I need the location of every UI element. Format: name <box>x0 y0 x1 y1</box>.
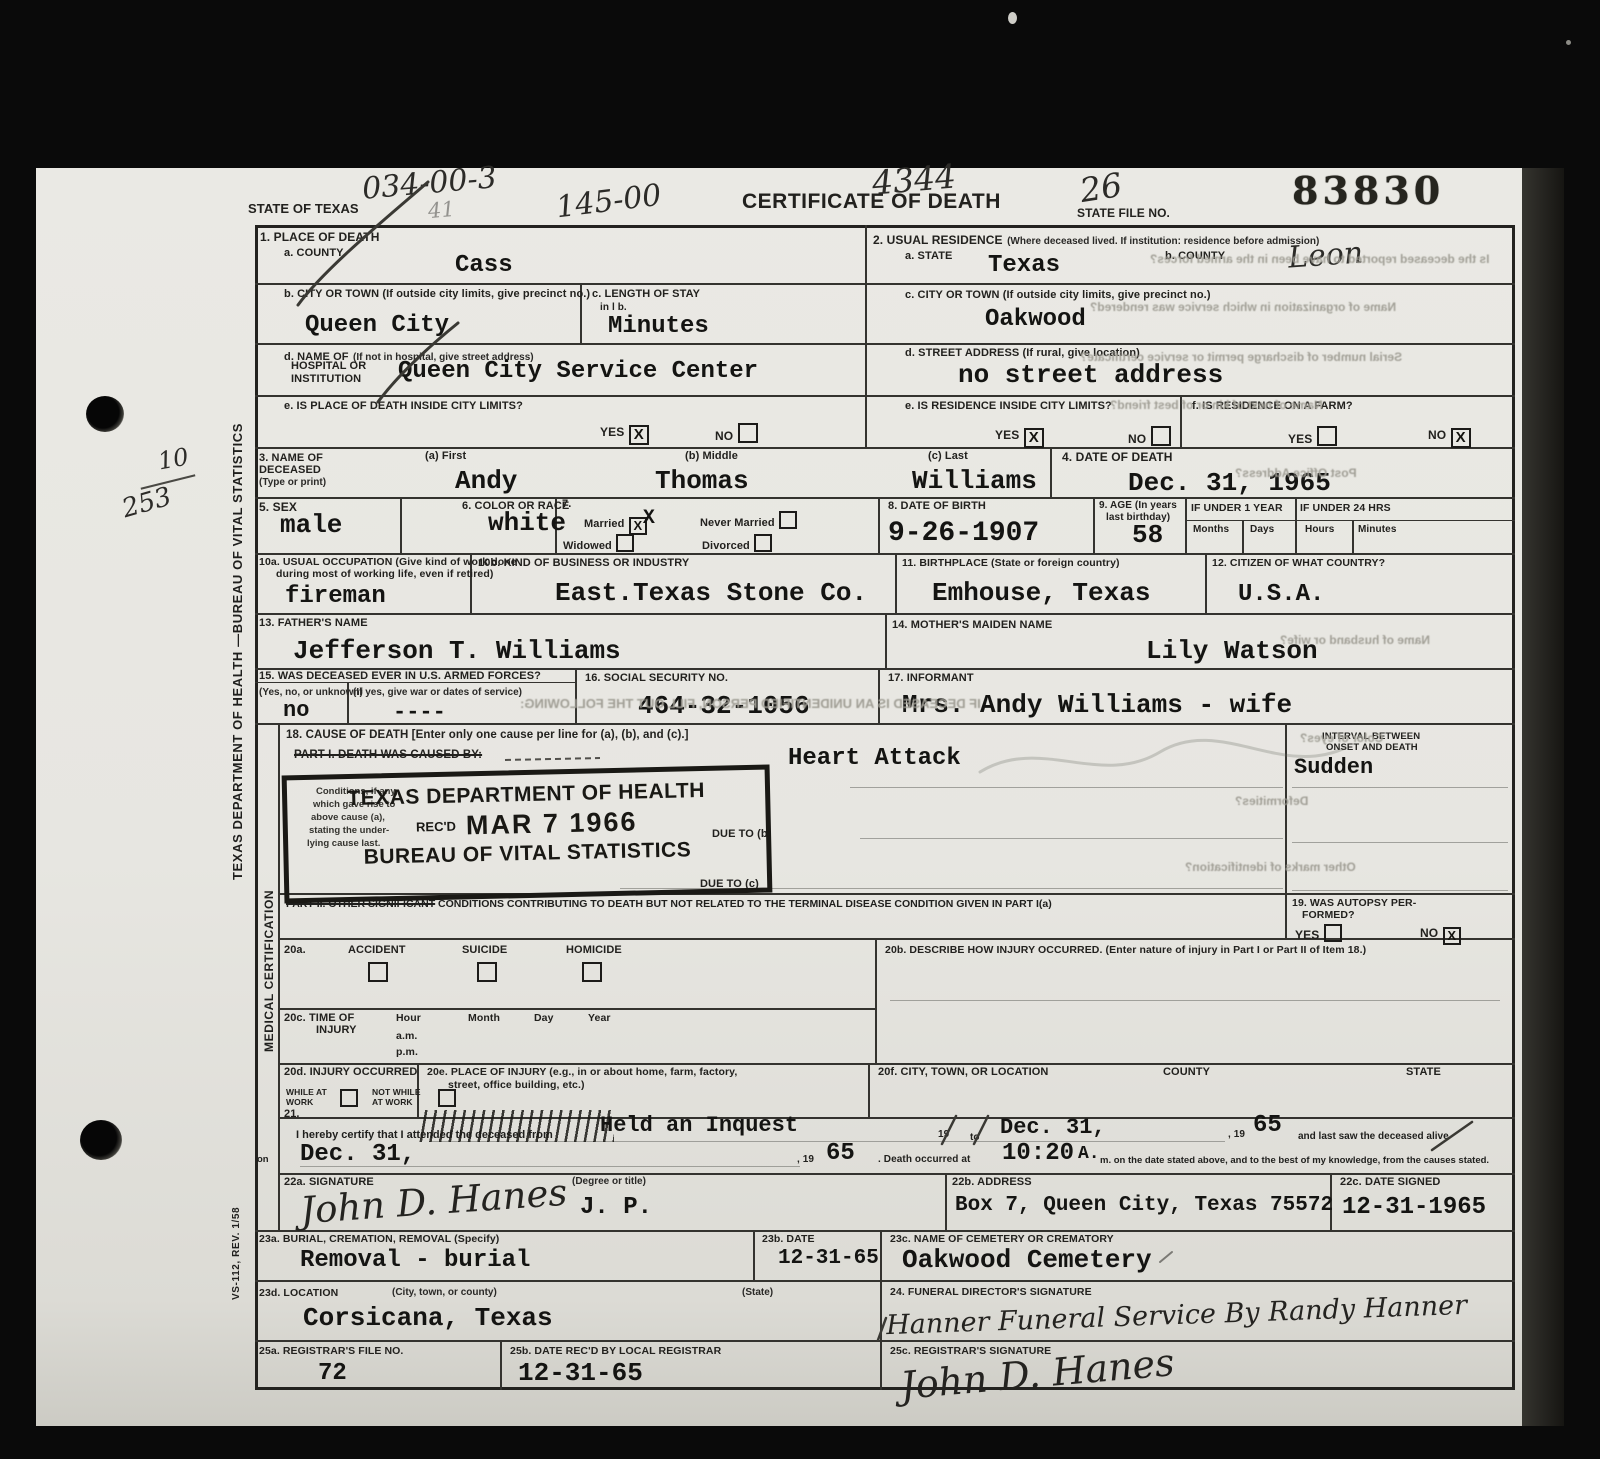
am-pm-value: A. <box>1078 1144 1100 1164</box>
date-signed-value: 12-31-1965 <box>1342 1194 1486 1221</box>
date-of-birth-value: 9-26-1907 <box>888 518 1039 549</box>
paper-edge-shadow <box>1522 168 1564 1426</box>
widowed-label: Widowed <box>563 540 612 552</box>
occupation-value: fireman <box>285 583 386 610</box>
describe-injury-label: 20b. DESCRIBE HOW INJURY OCCURRED. (Ente… <box>885 944 1366 956</box>
last-name-label: (c) Last <box>928 450 968 462</box>
citizen-value: U.S.A. <box>1238 581 1324 608</box>
place-of-injury-label-1: 20e. PLACE OF INJURY (e.g., in or about … <box>427 1066 737 1078</box>
death-city-limits-yes-checkbox: X <box>629 425 649 445</box>
city-or-town-label: b. CITY OR TOWN (If outside city limits,… <box>284 288 590 300</box>
months-label: Months <box>1193 524 1229 535</box>
funeral-director-label: 24. FUNERAL DIRECTOR'S SIGNATURE <box>890 1286 1092 1298</box>
burial-removal-label: 23a. BURIAL, CREMATION, REMOVAL (Specify… <box>259 1233 499 1245</box>
accident-checkbox <box>368 962 388 982</box>
certify-tail-2: m. on the date stated above, and to the … <box>1100 1155 1489 1166</box>
business-industry-label: 10b. KIND OF BUSINESS OR INDUSTRY <box>478 557 689 569</box>
item-21-label: 21. <box>284 1108 300 1120</box>
burial-date-value: 12-31-65 <box>778 1247 879 1270</box>
last-name-value: Williams <box>912 466 1037 496</box>
birthplace-value: Emhouse, Texas <box>932 578 1150 608</box>
divorced-checkbox <box>754 534 772 552</box>
county-value: Cass <box>455 252 513 279</box>
held-an-inquest-value: Held an Inquest <box>600 1113 798 1138</box>
if-under-24-hrs-label: IF UNDER 24 HRS <box>1300 502 1391 514</box>
burial-location-hint-1: (City, town, or county) <box>392 1287 497 1298</box>
interval-value: Sudden <box>1294 755 1373 780</box>
while-at-work-label-2: WORK <box>286 1097 313 1107</box>
armed-forces-service-value: ---- <box>393 700 446 725</box>
ghost-text: Name of organization in which service wa… <box>1090 300 1396 314</box>
month-label: Month <box>468 1012 500 1024</box>
social-security-label: 16. SOCIAL SECURITY NO. <box>585 672 728 684</box>
suicide-checkbox <box>477 962 497 982</box>
cemetery-label: 23c. NAME OF CEMETERY OR CREMATORY <box>890 1233 1114 1245</box>
homicide-checkbox <box>582 962 602 982</box>
certify-date-2: Dec. 31, <box>300 1141 415 1168</box>
minutes-label: Minutes <box>1358 524 1396 535</box>
ghost-text: Deformities? <box>1235 794 1308 808</box>
registrar-file-no-label: 25a. REGISTRAR'S FILE NO. <box>259 1345 403 1357</box>
not-while-at-work-checkbox <box>438 1089 456 1107</box>
certify-date-1: Dec. 31, <box>1000 1115 1106 1140</box>
residence-farm-no-checkbox: X <box>1451 428 1471 448</box>
fathers-name-value: Jefferson T. Williams <box>293 636 621 666</box>
age-value: 58 <box>1132 520 1163 550</box>
hatch-strikeout <box>418 1110 614 1142</box>
injury-county-label: COUNTY <box>1163 1066 1210 1078</box>
residence-city-value: Oakwood <box>985 306 1086 333</box>
injury-state-label: STATE <box>1406 1066 1441 1078</box>
never-married-label: Never Married <box>700 517 775 529</box>
punch-hole-top <box>86 396 124 432</box>
residence-city-limits-yes-label: YES <box>995 428 1019 442</box>
age-label-1: 9. AGE (In years <box>1099 500 1177 511</box>
date-recd-value: 12-31-65 <box>518 1358 643 1388</box>
certify-alive-struck: alive <box>1426 1131 1448 1142</box>
while-at-work-label-1: WHILE AT <box>286 1087 327 1097</box>
death-occurred-at-label: . Death occurred at <box>878 1154 970 1165</box>
ghost-text: Name of husband or wife? <box>1280 633 1430 647</box>
not-while-at-work-label-2: AT WORK <box>372 1097 413 1107</box>
suicide-label: SUICIDE <box>462 944 507 956</box>
hour-label: Hour <box>396 1012 421 1024</box>
paper-speck <box>1566 40 1571 45</box>
if-under-1-year-label: IF UNDER 1 YEAR <box>1191 502 1283 514</box>
handwritten-code-3: 4344 <box>870 156 957 202</box>
never-married-checkbox <box>779 511 797 529</box>
armed-forces-value: no <box>283 698 309 723</box>
autopsy-label-2: FORMED? <box>1302 909 1355 921</box>
residence-city-limits-no-label: NO <box>1128 432 1146 446</box>
residence-farm-no-label: NO <box>1428 428 1446 442</box>
time-of-injury-label-2: INJURY <box>316 1024 357 1036</box>
residence-farm-yes-label: YES <box>1288 432 1312 446</box>
length-of-stay-sub: in l b. <box>600 302 627 313</box>
certifier-address-value: Box 7, Queen City, Texas 75572 <box>955 1194 1333 1217</box>
ghost-text: Is the deceased reported to have been in… <box>1150 252 1489 266</box>
length-of-stay-label: c. LENGTH OF STAY <box>592 288 700 300</box>
sex-value: male <box>280 510 342 540</box>
ghost-text: Color of eyes? <box>1300 731 1383 745</box>
middle-name-value: Thomas <box>655 466 749 496</box>
certify-on-label: on <box>257 1154 269 1165</box>
certify-year-1: 65 <box>1253 1112 1282 1139</box>
burial-removal-value: Removal - burial <box>300 1247 530 1274</box>
birthplace-label: 11. BIRTHPLACE (State or foreign country… <box>902 557 1120 569</box>
date-of-birth-label: 8. DATE OF BIRTH <box>888 500 986 512</box>
marital-status-label: 7. <box>562 498 571 510</box>
bureau-received-stamp: TEXAS DEPARTMENT OF HEALTH REC'D MAR 7 1… <box>282 764 773 903</box>
punch-hole-bottom <box>80 1120 122 1160</box>
degree-or-title-label: (Degree or title) <box>572 1176 646 1187</box>
burial-date-label: 23b. DATE <box>762 1233 815 1245</box>
fathers-name-label: 13. FATHER'S NAME <box>259 617 368 629</box>
stamp-date: MAR 7 1966 <box>466 806 638 841</box>
name-of-deceased-label-1: 3. NAME OF <box>259 452 323 464</box>
certify-19-template-c: , 19 <box>797 1154 814 1165</box>
while-at-work-checkbox <box>340 1089 358 1107</box>
length-of-stay-value: Minutes <box>608 313 709 340</box>
injury-city-label: 20f. CITY, TOWN, OR LOCATION <box>878 1066 1048 1078</box>
county-label: a. COUNTY <box>284 247 344 259</box>
certify-19-template-b: , 19 <box>1228 1129 1245 1140</box>
certifier-address-label: 22b. ADDRESS <box>952 1176 1032 1188</box>
hours-label: Hours <box>1305 524 1334 535</box>
first-name-value: Andy <box>455 466 517 496</box>
residence-city-limits-yes-checkbox: X <box>1024 428 1044 448</box>
married-label: Married <box>584 518 624 530</box>
ghost-text: Serial number of discharge permit or ser… <box>1080 350 1402 364</box>
autopsy-yes-checkbox <box>1324 924 1342 942</box>
date-of-death-label: 4. DATE OF DEATH <box>1062 450 1173 464</box>
registrar-file-no-value: 72 <box>318 1360 347 1387</box>
armed-forces-label: 15. WAS DECEASED EVER IN U.S. ARMED FORC… <box>259 670 541 682</box>
stamp-recd-label: REC'D <box>416 819 456 835</box>
armed-forces-sub1: (Yes, no, or unknown) <box>259 687 363 698</box>
certify-tail-1: and last saw the deceased <box>1298 1131 1426 1142</box>
citizen-label: 12. CITIZEN OF WHAT COUNTRY? <box>1212 557 1385 569</box>
city-or-town-value: Queen City <box>305 312 449 339</box>
armed-forces-sub2: (If yes, give war or dates of service) <box>353 687 522 698</box>
handwritten-page-numerator: 10 <box>156 443 191 476</box>
married-extra-x-mark: X <box>643 507 655 530</box>
name-of-deceased-label-3: (Type or print) <box>259 477 326 488</box>
date-recd-label: 25b. DATE REC'D BY LOCAL REGISTRAR <box>510 1345 721 1357</box>
ghost-text: Other marks of identification? <box>1185 860 1356 874</box>
paper-speck <box>1008 12 1017 24</box>
usual-residence-hint: (Where deceased lived. If institution: r… <box>1007 236 1319 247</box>
death-city-limits-no-checkbox <box>738 423 758 443</box>
usual-residence-label: 2. USUAL RESIDENCE <box>873 233 1003 247</box>
residence-state-label: a. STATE <box>905 250 952 262</box>
institution-label-2: HOSPITAL OR <box>291 360 366 372</box>
certificate-title: CERTIFICATE OF DEATH <box>742 190 1001 214</box>
middle-name-label: (b) Middle <box>685 450 738 462</box>
certify-to-label: to <box>970 1132 980 1143</box>
margin-agency-vertical-label: TEXAS DEPARTMENT OF HEALTH —BUREAU OF VI… <box>230 380 245 880</box>
mothers-maiden-name-label: 14. MOTHER'S MAIDEN NAME <box>892 619 1052 631</box>
death-inside-city-limits-label: e. IS PLACE OF DEATH INSIDE CITY LIMITS? <box>284 400 523 412</box>
year-label: Year <box>588 1012 611 1024</box>
state-of-texas-label: STATE OF TEXAS <box>248 201 359 216</box>
certify-year-2: 65 <box>826 1140 855 1167</box>
time-of-death-value: 10:20 <box>1002 1140 1074 1167</box>
cause-of-death-value: Heart Attack <box>788 745 961 772</box>
burial-location-hint-2: (State) <box>742 1287 773 1298</box>
cause-of-death-label: 18. CAUSE OF DEATH [Enter only one cause… <box>286 729 689 741</box>
business-industry-value: East.Texas Stone Co. <box>555 578 867 608</box>
scanned-death-certificate: TEXAS DEPARTMENT OF HEALTH —BUREAU OF VI… <box>0 0 1600 1459</box>
autopsy-no-checkbox: X <box>1443 927 1461 945</box>
margin-form-code-vertical-label: VS-112, REV. 1/58 <box>231 1200 242 1300</box>
residence-city-limits-label: e. IS RESIDENCE INSIDE CITY LIMITS? <box>905 400 1112 412</box>
cemetery-value: Oakwood Cemetery <box>902 1245 1152 1275</box>
residence-state-value: Texas <box>988 252 1060 279</box>
residence-city-limits-no-checkbox <box>1151 426 1171 446</box>
burial-location-label: 23d. LOCATION <box>259 1287 338 1299</box>
informant-label: 17. INFORMANT <box>888 672 974 684</box>
pm-label: p.m. <box>396 1046 418 1058</box>
ghost-text: Post Office Address? <box>1235 466 1357 480</box>
place-of-injury-label-2: street, office building, etc.) <box>448 1079 585 1091</box>
institution-label-3: INSTITUTION <box>291 373 361 385</box>
accident-label: ACCIDENT <box>348 944 406 956</box>
autopsy-no-label: NO <box>1420 926 1438 940</box>
state-file-number-stamp: 83830 <box>1292 168 1444 213</box>
institution-value: Queen City Service Center <box>398 358 758 385</box>
certify-text-1: I hereby certify that I <box>296 1129 407 1141</box>
burial-location-value: Corsicana, Texas <box>303 1303 553 1333</box>
am-label: a.m. <box>396 1030 417 1042</box>
death-city-limits-yes-label: YES <box>600 425 624 439</box>
state-file-no-label: STATE FILE NO. <box>1077 206 1170 220</box>
autopsy-yes-label: YES <box>1295 928 1319 942</box>
time-of-injury-label-1: 20c. TIME OF <box>284 1012 354 1024</box>
color-or-race-value: white <box>488 508 566 538</box>
divorced-label: Divorced <box>702 540 750 552</box>
day-label: Day <box>534 1012 554 1024</box>
part1-caused-by-label: PART I. DEATH WAS CAUSED BY: <box>294 749 482 761</box>
residence-farm-yes-checkbox <box>1317 426 1337 446</box>
first-name-label: (a) First <box>425 450 466 462</box>
occupation-label-2: during most of working life, even if ret… <box>276 568 493 580</box>
certify-19-template-a: 19 <box>938 1129 949 1140</box>
date-signed-label: 22c. DATE SIGNED <box>1340 1176 1440 1188</box>
widowed-checkbox <box>616 534 634 552</box>
ghost-text: IF DECEASED IS AN UNIDENTIFIED PERSON, F… <box>520 696 981 711</box>
place-of-death-label: 1. PLACE OF DEATH <box>260 230 380 244</box>
handwritten-code-faint: 41 <box>427 197 456 223</box>
autopsy-label-1: 19. WAS AUTOPSY PER- <box>1292 897 1416 909</box>
street-address-value: no street address <box>958 360 1223 390</box>
death-city-limits-no-label: NO <box>715 429 733 443</box>
injury-occurred-label: 20d. INJURY OCCURRED <box>284 1066 417 1078</box>
name-of-deceased-label-2: DECEASED <box>259 464 321 476</box>
handwritten-code-4: 26 <box>1077 165 1125 210</box>
days-label: Days <box>1250 524 1274 535</box>
degree-or-title-value: J. P. <box>580 1194 652 1221</box>
item-20a-label: 20a. <box>284 944 306 956</box>
not-while-at-work-label-1: NOT WHILE <box>372 1087 421 1097</box>
ghost-text: Name of next of kin or of best friend? <box>1110 398 1323 412</box>
homicide-label: HOMICIDE <box>566 944 622 956</box>
part2-label-rest: CONDITIONS CONTRIBUTING TO DEATH BUT NOT… <box>435 898 1052 910</box>
